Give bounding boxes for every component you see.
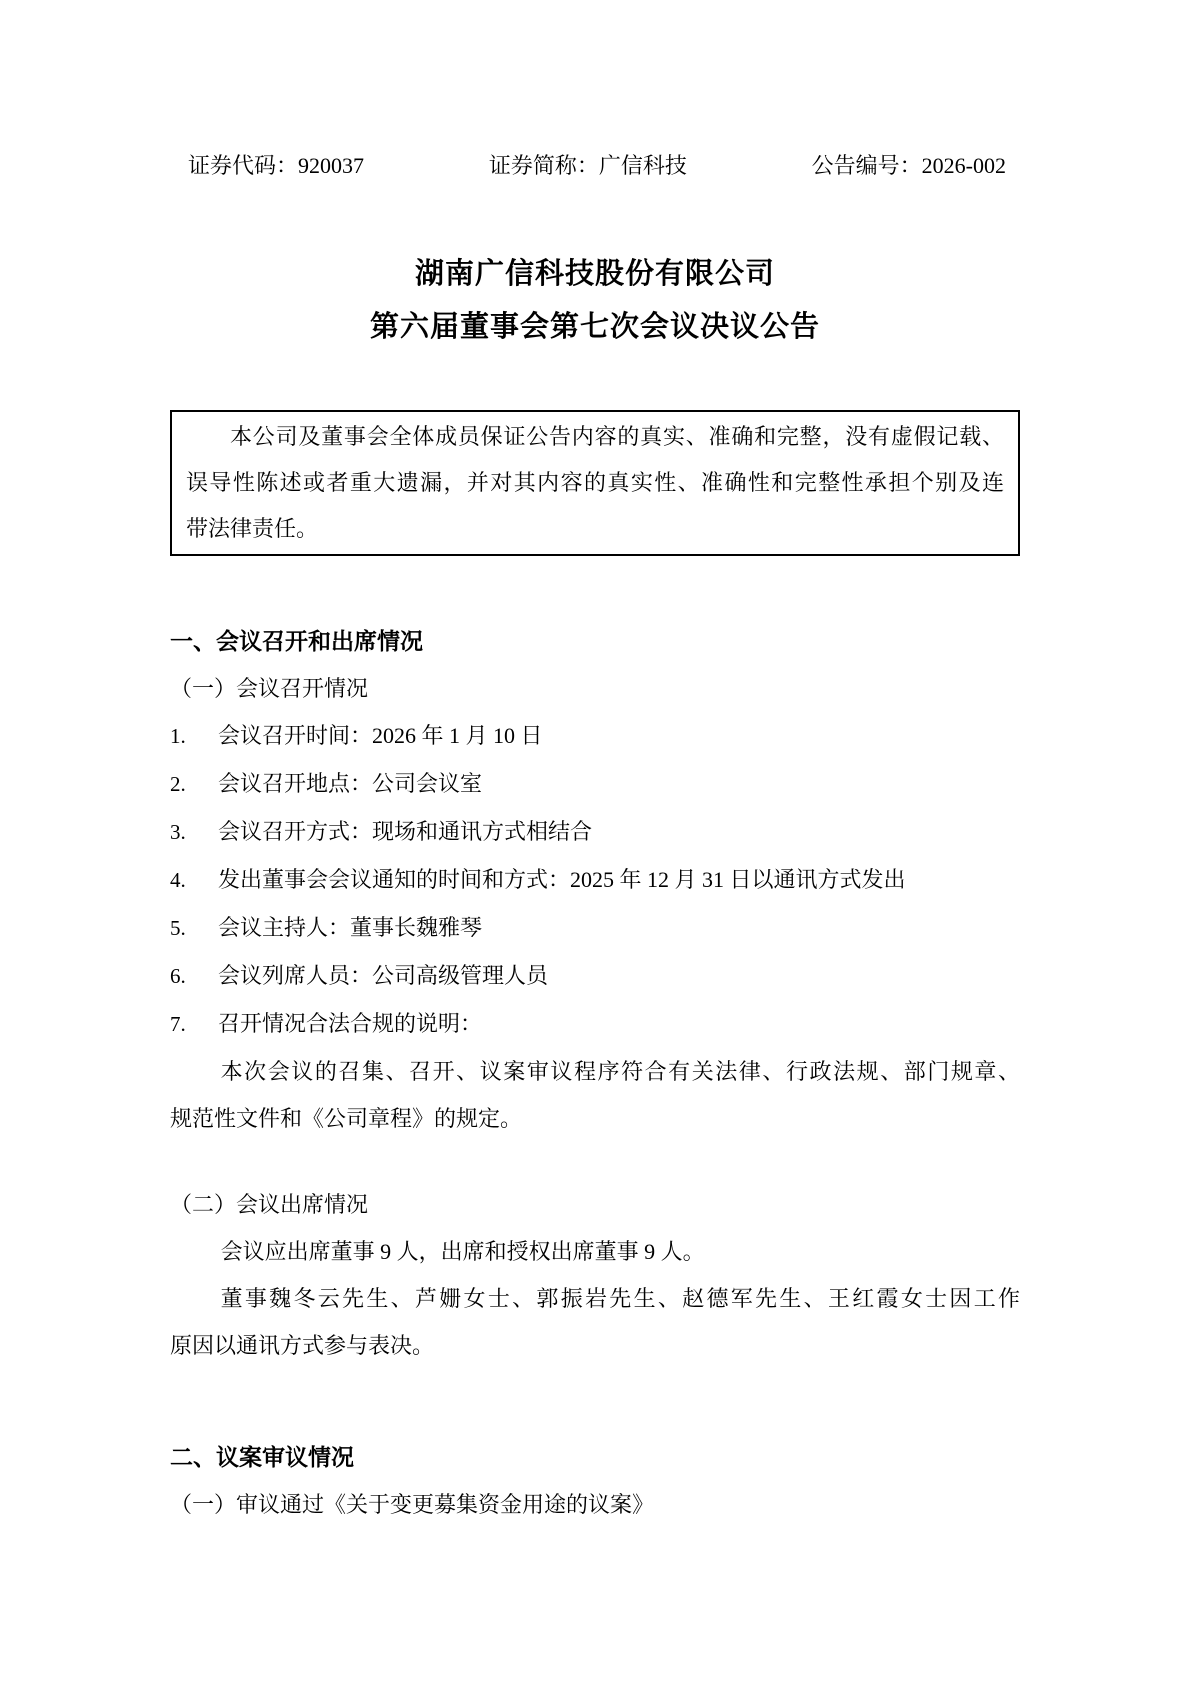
legality-note-line-1: 本次会议的召集、召开、议案审议程序符合有关法律、行政法规、部门规章、 (170, 1048, 1020, 1095)
item-text: 会议列席人员：公司高级管理人员 (218, 963, 548, 988)
document-subtitle: 第六届董事会第七次会议决议公告 (170, 307, 1020, 347)
list-item-1: 1.会议召开时间：2026 年 1 月 10 日 (170, 712, 1020, 760)
item-number: 1. (170, 713, 218, 760)
disclaimer-box: 本公司及董事会全体成员保证公告内容的真实、准确和完整，没有虚假记载、 误导性陈述… (170, 410, 1020, 556)
list-item-6: 6.会议列席人员：公司高级管理人员 (170, 952, 1020, 1000)
document-header-row: 证券代码：920037 证券简称：广信科技 公告编号：2026-002 (170, 151, 1020, 181)
remote-voting-line-1: 董事魏冬云先生、芦姗女士、郭振岩先生、赵德军先生、王红霞女士因工作 (170, 1275, 1020, 1322)
section-1-heading: 一、会议召开和出席情况 (170, 618, 1020, 665)
section-2-heading: 二、议案审议情况 (170, 1434, 1020, 1481)
item-number: 6. (170, 953, 218, 1000)
remote-voting-line-2: 原因以通讯方式参与表决。 (170, 1322, 1020, 1369)
stock-code: 证券代码：920037 (188, 151, 364, 181)
section-2-sub-1-heading: （一）审议通过《关于变更募集资金用途的议案》 (170, 1481, 1020, 1528)
disclaimer-line-3: 带法律责任。 (186, 506, 1004, 552)
item-text: 会议召开时间：2026 年 1 月 10 日 (218, 723, 543, 748)
item-number: 7. (170, 1001, 218, 1048)
item-text: 召开情况合法合规的说明： (218, 1011, 482, 1036)
attendance-paragraph: 会议应出席董事 9 人，出席和授权出席董事 9 人。 (170, 1228, 1020, 1275)
list-item-4: 4.发出董事会会议通知的时间和方式：2025 年 12 月 31 日以通讯方式发… (170, 856, 1020, 904)
list-item-5: 5.会议主持人：董事长魏雅琴 (170, 904, 1020, 952)
disclaimer-line-1: 本公司及董事会全体成员保证公告内容的真实、准确和完整，没有虚假记载、 (186, 414, 1004, 460)
announcement-number: 公告编号：2026-002 (812, 151, 1006, 181)
item-number: 5. (170, 905, 218, 952)
disclaimer-line-2: 误导性陈述或者重大遗漏，并对其内容的真实性、准确性和完整性承担个别及连 (186, 460, 1004, 506)
item-text: 会议主持人：董事长魏雅琴 (218, 915, 482, 940)
company-title: 湖南广信科技股份有限公司 (170, 254, 1020, 294)
section-1-sub-1-heading: （一）会议召开情况 (170, 665, 1020, 712)
item-text: 会议召开方式：现场和通讯方式相结合 (218, 819, 592, 844)
item-number: 4. (170, 857, 218, 904)
list-item-2: 2.会议召开地点：公司会议室 (170, 760, 1020, 808)
announcement-page: 证券代码：920037 证券简称：广信科技 公告编号：2026-002 湖南广信… (0, 0, 1190, 1683)
item-text: 会议召开地点：公司会议室 (218, 771, 482, 796)
list-item-7: 7.召开情况合法合规的说明： (170, 1000, 1020, 1048)
item-text: 发出董事会会议通知的时间和方式：2025 年 12 月 31 日以通讯方式发出 (218, 867, 906, 892)
list-item-3: 3.会议召开方式：现场和通讯方式相结合 (170, 808, 1020, 856)
legality-note-line-2: 规范性文件和《公司章程》的规定。 (170, 1095, 1020, 1142)
section-1-sub-2-heading: （二）会议出席情况 (170, 1181, 1020, 1228)
item-number: 3. (170, 809, 218, 856)
stock-short-name: 证券简称：广信科技 (489, 151, 687, 181)
item-number: 2. (170, 761, 218, 808)
